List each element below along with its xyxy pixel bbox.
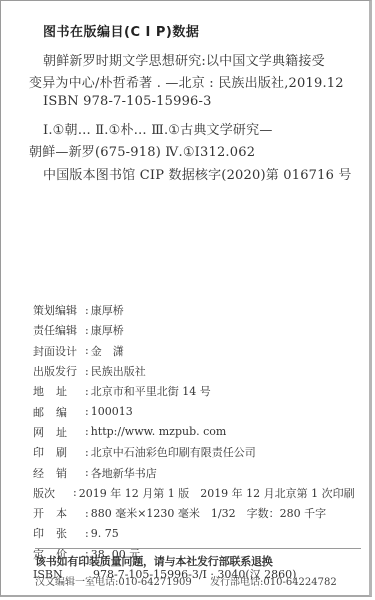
info-value: 康厚桥	[91, 322, 124, 338]
cip-heading: 图书在版编目(C I P)数据	[43, 21, 199, 40]
info-label: 印张	[33, 525, 67, 541]
info-label: 版次	[33, 485, 55, 501]
info-row-cover-design: 封面设计:金 潇	[33, 341, 353, 361]
info-label: 封面设计	[33, 343, 85, 359]
info-value: 100013	[91, 405, 133, 418]
cip-classification-line-2: 朝鲜—新罗(675-918) Ⅳ.①I312.062	[29, 141, 255, 160]
cip-author-publisher-line: 变异为中心/朴哲希著 . —北京 : 民族出版社,2019.12	[29, 72, 344, 91]
quality-notice: 该书如有印装质量问题，请与本社发行部联系退换	[35, 553, 273, 569]
cip-isbn-line: ISBN 978-7-105-15996-3	[43, 94, 212, 109]
info-row-edition: 版次:2019 年 12 月第 1 版 2019 年 12 月北京第 1 次印刷	[33, 483, 353, 503]
info-value: 各地新华书店	[91, 465, 157, 481]
info-row-planning-editor: 策划编辑:康厚桥	[33, 300, 353, 320]
info-row-website: 网址:http://www. mzpub. com	[33, 422, 353, 442]
info-value: 民族出版社	[91, 363, 146, 379]
info-row-publisher: 出版发行:民族出版社	[33, 361, 353, 381]
info-value: 2019 年 12 月第 1 版 2019 年 12 月北京第 1 次印刷	[79, 485, 355, 501]
info-label: 责任编辑	[33, 322, 85, 338]
info-row-postcode: 邮编:100013	[33, 401, 353, 421]
info-label: 网址	[33, 424, 67, 440]
website-link[interactable]: http://www. mzpub. com	[91, 425, 227, 438]
footer-divider	[35, 548, 361, 549]
info-value: 金 潇	[91, 343, 124, 359]
info-label: 印刷	[33, 444, 67, 460]
info-value: 9. 75	[91, 527, 119, 540]
info-row-format: 开本:880 毫米×1230 毫米 1/32 字数：280 千字	[33, 503, 353, 523]
info-row-print-sheets: 印张:9. 75	[33, 523, 353, 543]
info-row-distributor: 经销:各地新华书店	[33, 462, 353, 482]
cip-book-title-line: 朝鲜新罗时期文学思想研究:以中国文学典籍接受	[43, 50, 325, 69]
info-label: 地址	[33, 383, 67, 399]
info-value: 康厚桥	[91, 302, 124, 318]
distribution-phone: 发行部电话:010-64224782	[210, 573, 337, 588]
contact-phones: 汉文编辑一室电话:010-64271909 发行部电话:010-64224782	[35, 573, 365, 588]
editorial-phone: 汉文编辑一室电话:010-64271909	[35, 573, 192, 588]
info-row-responsible-editor: 责任编辑:康厚桥	[33, 320, 353, 340]
cip-record-number: 中国版本图书馆 CIP 数据核字(2020)第 016716 号	[43, 164, 352, 183]
info-label: 出版发行	[33, 363, 85, 379]
info-value: 北京市和平里北街 14 号	[91, 383, 211, 399]
publication-info-list: 策划编辑:康厚桥 责任编辑:康厚桥 封面设计:金 潇 出版发行:民族出版社 地址…	[33, 300, 353, 584]
info-label: 策划编辑	[33, 302, 85, 318]
info-row-address: 地址:北京市和平里北街 14 号	[33, 381, 353, 401]
info-label: 开本	[33, 505, 67, 521]
copyright-page: 图书在版编目(C I P)数据 朝鲜新罗时期文学思想研究:以中国文学典籍接受 变…	[0, 0, 372, 597]
info-value: 880 毫米×1230 毫米 1/32 字数：280 千字	[91, 505, 326, 521]
cip-classification-line-1: Ⅰ.①朝… Ⅱ.①朴… Ⅲ.①古典文学研究—	[43, 119, 273, 138]
info-label: 邮编	[33, 404, 67, 420]
info-value: 北京中石油彩色印刷有限责任公司	[91, 444, 256, 460]
info-row-printer: 印刷:北京中石油彩色印刷有限责任公司	[33, 442, 353, 462]
info-label: 经销	[33, 465, 67, 481]
